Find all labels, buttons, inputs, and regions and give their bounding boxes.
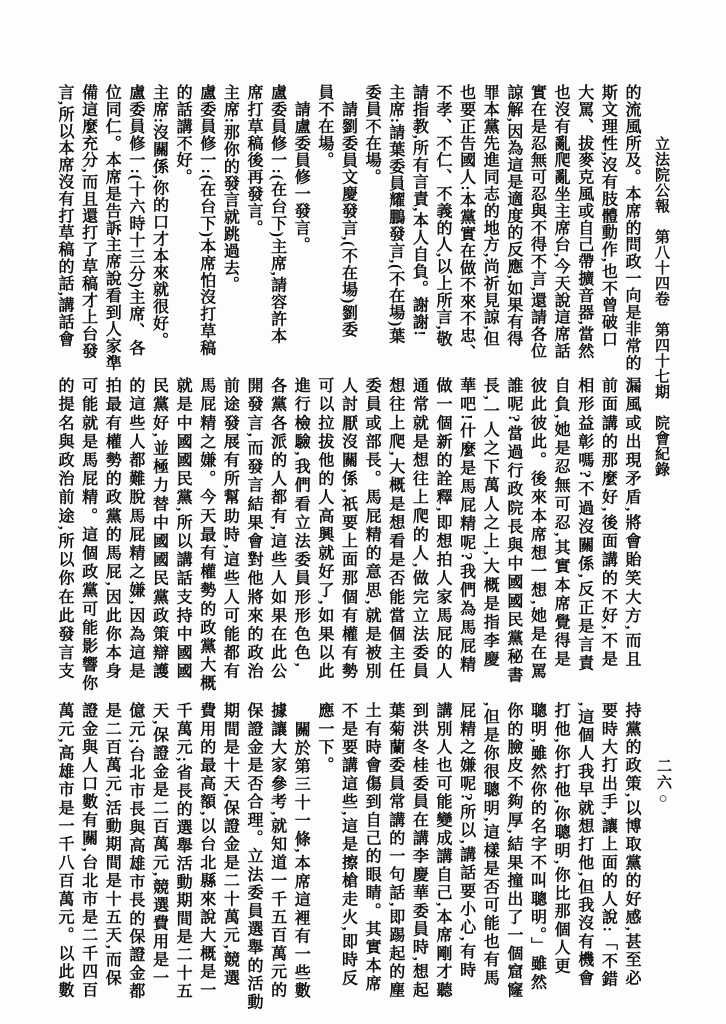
text-column: 備這麼充分,而且還打了草稿才上台發 [80, 84, 97, 376]
text-column: 講別人也可能變成講自己,本席剛才聽 [434, 702, 451, 1014]
text-column: 千萬元;省長的選舉活動期間是二十五 [174, 702, 191, 1014]
text-column: 億元;台北市長與高雄市長的保證金都 [127, 702, 144, 1014]
text-column: 罪本黨先進同志的地方,尚祈見諒,但 [481, 84, 498, 376]
page-number: 二六○ [653, 758, 674, 809]
text-column: 席打草稿後再發言。 [245, 84, 262, 376]
text-column: 是二百萬元,活動期間是十五天,而保 [103, 702, 120, 1014]
text-column: 盧委員修一:(在台下)主席,請容許本 [269, 84, 286, 376]
masthead-title: 立法院公報 第八十四卷 第四十七期 院會紀錄 [651, 136, 672, 477]
text-column: 華吧!什麼是馬屁精呢?我們為馬屁精 [458, 377, 475, 699]
text-column: 的話講不好。 [174, 84, 191, 376]
text-column: 萬元,高雄市是一千八百萬元。以此數 [56, 702, 73, 1014]
text-column: 民黨好,並極力替中國國民黨政策辯護 [151, 377, 168, 699]
text-column: 保證金是否合理。立法委員選舉的活動 [245, 702, 262, 1014]
text-column: 諒解,因為這是適度的反應,如果有得 [505, 84, 522, 376]
text-column: 主席:那你的發言就跳過去。 [221, 84, 238, 376]
text-column: 誰呢?當過行政院長與中國國民黨秘書 [505, 377, 522, 699]
text-column: 到洪冬桂委員在講李慶華委員時,想起 [410, 702, 427, 1014]
text-column: 也沒有亂爬亂坐主席台,今天說這席話 [552, 84, 569, 376]
text-column: 言,所以本席沒有打草稿的話,講話會 [56, 84, 73, 376]
text-column: 的流風所及。本席的問政一向是非常的 [623, 84, 640, 376]
text-column: 拍最有權勢的政黨的馬屁,因此你本身 [103, 377, 120, 699]
text-column: 長,一人之下萬人之上,大概是指李慶 [481, 377, 498, 699]
text-column: 委員或部長。馬屁精的意思,就是被別 [363, 377, 380, 699]
text-column: 不孝、不仁、不義的人,以上所言,敬 [434, 84, 451, 376]
text-column: 的提名與政治前途,所以你在此發言支 [56, 377, 73, 699]
text-column: 委員不在場。 [363, 84, 380, 376]
text-column: 開發言,而發言結果會對他將來的政治 [245, 377, 262, 699]
text-column: 請指教,所有言責,本人自負。謝謝! [410, 84, 427, 376]
text-column: ,但是你很聰明,這樣是否可能也有馬 [481, 702, 498, 1014]
text-column: 前面講的那麼好,後面講的不好,不是 [599, 377, 616, 699]
text-column: 證金與人口數有關,台北市是二千四百 [80, 702, 97, 1014]
text-column: 盧委員修一:(在台下)本席怕沒打草稿 [198, 84, 215, 376]
text-column: 不是要講這些,這是擦槍走火,即時反 [340, 702, 357, 1014]
text-column: 可能就是馬屁精。這個政黨可能影響你 [80, 377, 97, 699]
text-column: 土有時會傷到自己的眼睛。其實本席 [363, 702, 380, 1014]
text-column: 費用的最高額,以台北縣來說大概是一 [198, 702, 215, 1014]
text-column: 相形益彰嗎?不過沒關係,反正是言責 [576, 377, 593, 699]
text-column: 通常就是想往上爬的人,做完立法委員 [410, 377, 427, 699]
text-column: 屁精之嫌呢?所以,講話要小心,有時 [458, 702, 475, 1014]
text-column: 也要正告國人:本黨實在做不來不忠、 [458, 84, 475, 376]
text-column: 各黨各派的人都有,這些人如果在此公 [269, 377, 286, 699]
text-column: 馬屁精之嫌。今天最有權勢的政黨大概 [198, 377, 215, 699]
text-column: 天,保證金是二百萬元,競選費用是一 [151, 702, 168, 1014]
text-band-bottom: 持黨的政策,以博取黨的好感,甚至必要時大打出手,讓上面的人說:「不錯,這個人我早… [56, 702, 640, 1014]
text-column: 員不在場。 [316, 84, 333, 376]
text-column: 進行檢驗,我們看立法委員形形色色, [292, 377, 309, 699]
text-column: 盧委員修一:(十六時十三分)主席、各 [127, 84, 144, 376]
text-column: 打他,你打他,你聰明,你比那個人更 [552, 702, 569, 1014]
text-column: 持黨的政策,以博取黨的好感,甚至必 [623, 702, 640, 1014]
gazette-page: 立法院公報 第八十四卷 第四十七期 院會紀錄 二六○ 的流風所及。本席的問政一向… [0, 0, 726, 1024]
text-column: 可以拉拔他的人高興就好了,如果以此 [316, 377, 333, 699]
text-band-top: 的流風所及。本席的問政一向是非常的斯文理性,沒有肢體動作,也不曾破口大罵、拔麥克… [56, 84, 640, 376]
text-column: 要時大打出手,讓上面的人說:「不錯 [599, 702, 616, 1014]
text-column: 前途發展有所幫助時,這些人可能都有 [221, 377, 238, 699]
text-column: 聰明,雖然你的名字不叫聰明。」雖然 [529, 702, 546, 1014]
text-column: 做一個新的詮釋,即想拍人家馬屁的人 [434, 377, 451, 699]
text-column: 期間是十天,保證金是二十萬元,競選 [221, 702, 238, 1014]
text-column: 你的臉皮不夠厚,結果撞出了一個窟窿 [505, 702, 522, 1014]
text-column: 葉菊蘭委員常講的一句話,即踢起的塵 [387, 702, 404, 1014]
text-column: 人討厭沒關係,祇要上面那個有權有勢 [340, 377, 357, 699]
text-column: 彼此彼此。後來本席想一想,她是在罵 [529, 377, 546, 699]
text-column: 斯文理性,沒有肢體動作,也不曾破口 [599, 84, 616, 376]
text-column: 應一下。 [316, 702, 333, 1014]
text-column: 實在是忍無可忍與不得不言,還請各位 [529, 84, 546, 376]
text-column: 位同仁。本席是告訴主席說看到人家準 [103, 84, 120, 376]
text-column: 漏風或出現矛盾,將會貽笑大方,而且 [623, 377, 640, 699]
text-column: 據讓大家參考,就知道一千五百萬元的 [269, 702, 286, 1014]
text-column: ,這個人我早就想打他,但我沒有機會 [576, 702, 593, 1014]
text-column: 的這些人都難脫馬屁精之嫌,因為這是 [127, 377, 144, 699]
text-column: 請劉委員文慶發言,(不在場)劉委 [340, 84, 357, 376]
text-column: 自負,她是忍無可忍,其實本席覺得是 [552, 377, 569, 699]
text-column: 請盧委員修一發言。 [292, 84, 309, 376]
text-band-middle: 漏風或出現矛盾,將會貽笑大方,而且前面講的那麼好,後面講的不好,不是相形益彰嗎?… [56, 377, 640, 699]
text-column: 主席:請葉委員耀鵬發言,(不在場)葉 [387, 84, 404, 376]
text-column: 關於第三十一條,本席這裡有一些數 [292, 702, 309, 1014]
text-column: 想往上爬,大概是想看是否能當個主任 [387, 377, 404, 699]
text-column: 主席:沒關係,你的口才本來就很好。 [151, 84, 168, 376]
text-column: 大罵、拔麥克風或自己帶擴音器,當然 [576, 84, 593, 376]
text-column: 就是中國國民黨,所以講話支持中國國 [174, 377, 191, 699]
